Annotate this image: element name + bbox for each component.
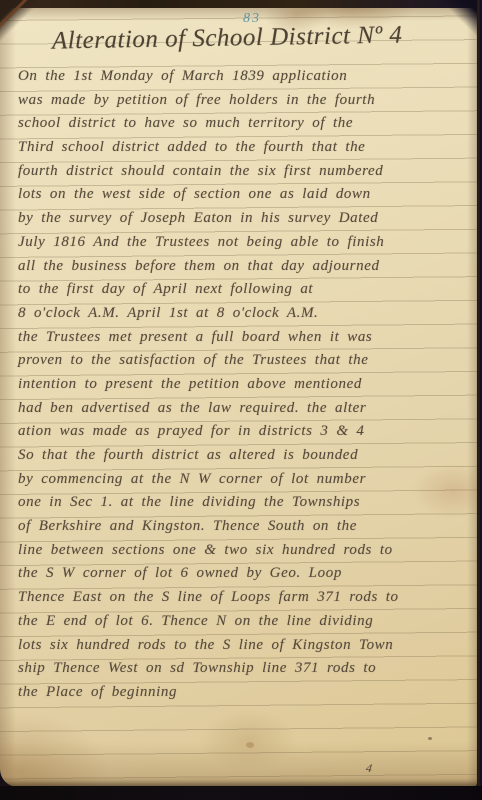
document-title: Alteration of School District Nº 4 bbox=[52, 19, 462, 56]
cover-edge-bottom bbox=[0, 786, 482, 800]
manuscript-line: the Place of beginning bbox=[18, 681, 468, 705]
page-edge-right bbox=[476, 0, 482, 800]
manuscript-line: by commencing at the N W corner of lot n… bbox=[18, 468, 468, 492]
photo-background: { "colors": { "paper": "#e9dbb4", "ink":… bbox=[0, 0, 482, 800]
manuscript-line: school district to have so much territor… bbox=[18, 112, 468, 136]
manuscript-line: the E end of lot 6. Thence N on the line… bbox=[18, 610, 468, 634]
footer-ink-mark: 4 bbox=[365, 762, 373, 775]
manuscript-line: all the business before them on that day… bbox=[18, 255, 468, 279]
manuscript-line: to the first day of April next following… bbox=[18, 278, 468, 302]
manuscript-line: the Trustees met present a full board wh… bbox=[18, 326, 468, 350]
manuscript-line: by the survey of Joseph Eaton in his sur… bbox=[18, 207, 468, 231]
manuscript-line: lots six hundred rods to the S line of K… bbox=[18, 634, 468, 658]
manuscript-line: one in Sec 1. at the line dividing the T… bbox=[18, 491, 468, 515]
manuscript-line: ship Thence West on sd Township line 371… bbox=[18, 657, 468, 681]
manuscript-line: On the 1st Monday of March 1839 applicat… bbox=[18, 65, 468, 89]
manuscript-line: So that the fourth district as altered i… bbox=[18, 444, 468, 468]
manuscript-line: had ben advertised as the law required. … bbox=[18, 397, 468, 421]
manuscript-line: the S W corner of lot 6 owned by Geo. Lo… bbox=[18, 562, 468, 586]
manuscript-line: Thence East on the S line of Loops farm … bbox=[18, 586, 468, 610]
manuscript-line: 8 o'clock A.M. April 1st at 8 o'clock A.… bbox=[18, 302, 468, 326]
manuscript-line: intention to present the petition above … bbox=[18, 373, 468, 397]
manuscript-line: Third school district added to the fourt… bbox=[18, 136, 468, 160]
cover-edge-top bbox=[0, 0, 482, 8]
manuscript-line: line between sections one & two six hund… bbox=[18, 539, 468, 563]
ink-speck bbox=[428, 737, 432, 740]
manuscript-line: fourth district should contain the six f… bbox=[18, 160, 468, 184]
manuscript-line: was made by petition of free holders in … bbox=[18, 89, 468, 113]
manuscript-line: ation was made as prayed for in district… bbox=[18, 420, 468, 444]
manuscript-body: On the 1st Monday of March 1839 applicat… bbox=[18, 65, 468, 705]
cover-corner-top-left bbox=[0, 0, 60, 52]
cover-corner-top-right bbox=[418, 0, 482, 44]
ink-speck bbox=[246, 742, 254, 748]
manuscript-line: proven to the satisfaction of the Truste… bbox=[18, 349, 468, 373]
manuscript-page: 83 Alteration of School District Nº 4 On… bbox=[0, 7, 477, 787]
manuscript-line: lots on the west side of section one as … bbox=[18, 183, 468, 207]
manuscript-line: July 1816 And the Trustees not being abl… bbox=[18, 231, 468, 255]
manuscript-line: of Berkshire and Kingston. Thence South … bbox=[18, 515, 468, 539]
